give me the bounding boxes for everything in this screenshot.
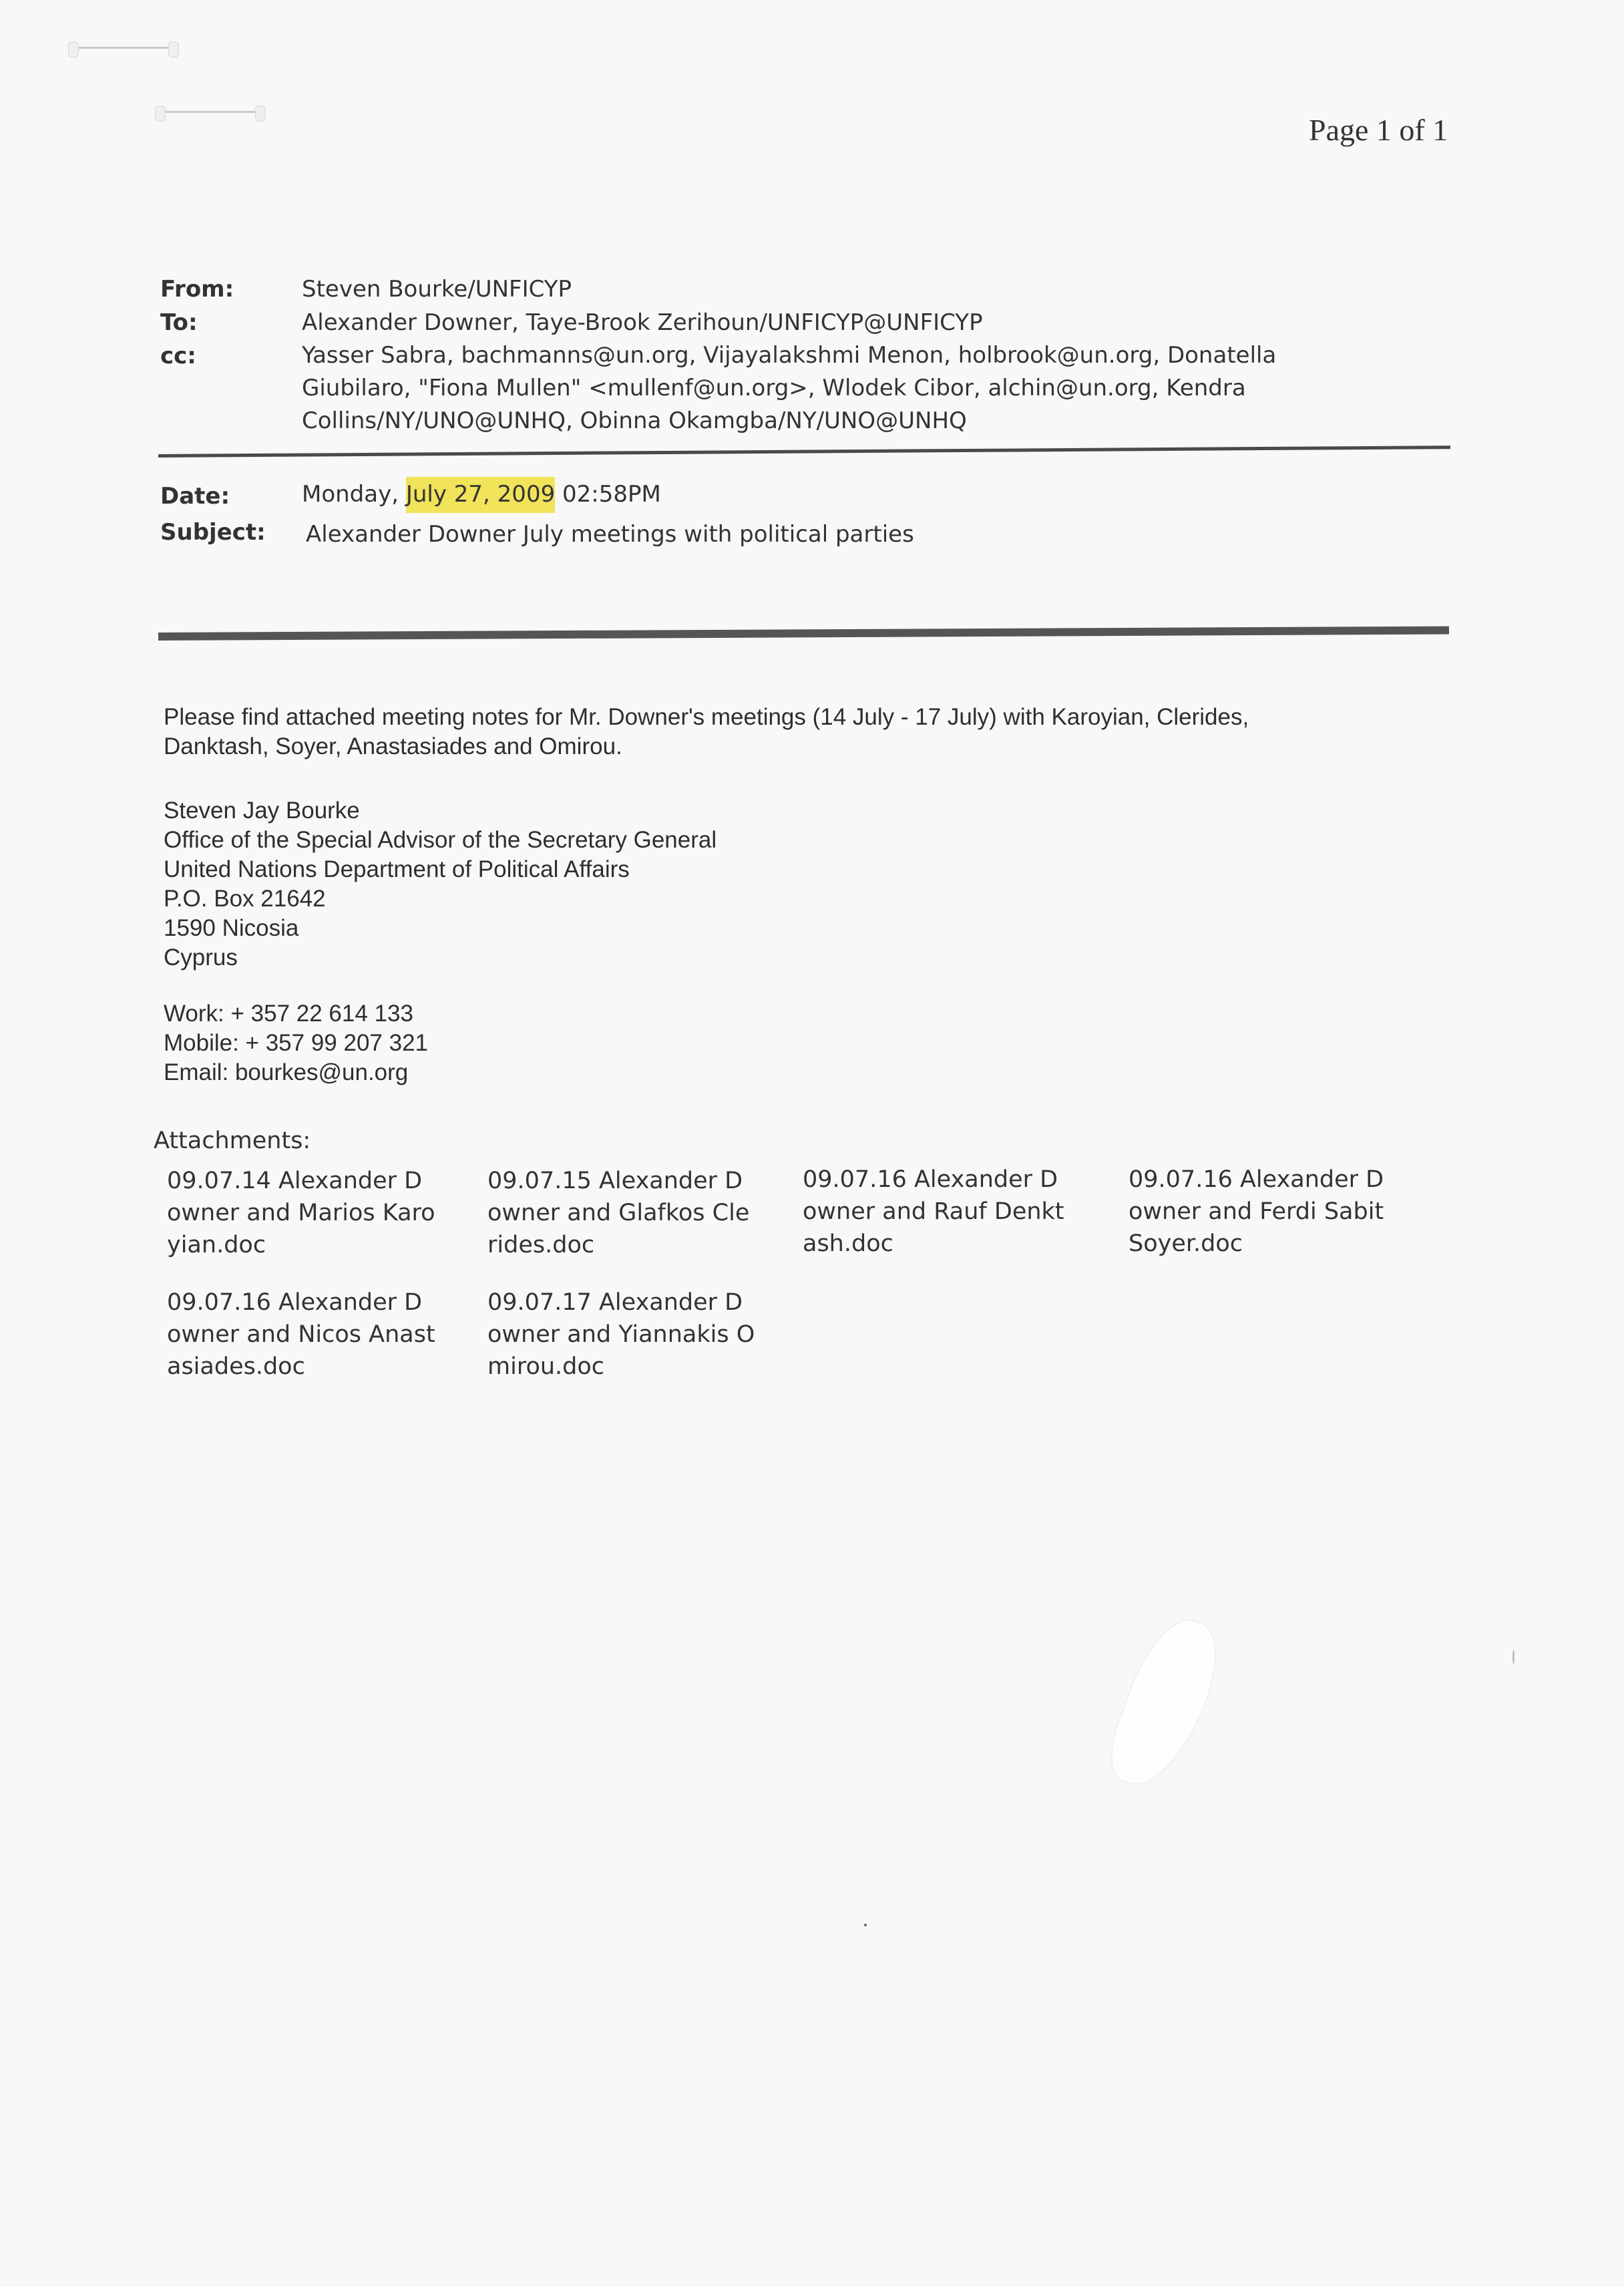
signature-country: Cyprus xyxy=(164,943,717,973)
attachment-file[interactable]: 09.07.14 Alexander D owner and Marios Ka… xyxy=(167,1165,481,1261)
subject-label: Subject: xyxy=(160,516,266,549)
cc-line: Collins/NY/UNO@UNHQ, Obinna Okamgba/NY/U… xyxy=(302,405,1464,437)
to-value: Alexander Downer, Taye-Brook Zerihoun/UN… xyxy=(302,306,983,339)
attachment-name-line: 09.07.16 Alexander D xyxy=(167,1286,481,1318)
attachment-name-line: owner and Yiannakis O xyxy=(487,1318,801,1351)
date-time-text: 02:58PM xyxy=(562,481,661,508)
cc-line: Giubilaro, "Fiona Mullen" <mullenf@un.or… xyxy=(302,372,1464,405)
attachment-name-line: 09.07.16 Alexander D xyxy=(1129,1164,1442,1196)
attachment-name-line: Soyer.doc xyxy=(1129,1228,1442,1260)
signature-name: Steven Jay Bourke xyxy=(164,796,717,826)
page-number: Page 1 of 1 xyxy=(1309,112,1448,148)
to-label: To: xyxy=(160,306,198,339)
attachment-file[interactable]: 09.07.16 Alexander D owner and Nicos Ana… xyxy=(167,1286,481,1383)
attachment-name-line: yian.doc xyxy=(167,1229,481,1261)
message-body: Please find attached meeting notes for M… xyxy=(164,703,1432,761)
from-label: From: xyxy=(160,273,234,306)
dust-speck xyxy=(1512,1650,1514,1664)
date-highlight: July 27, 2009 xyxy=(406,477,555,513)
attachment-name-line: 09.07.15 Alexander D xyxy=(487,1165,801,1197)
contact-block: Work: + 357 22 614 133 Mobile: + 357 99 … xyxy=(164,999,428,1087)
attachment-name-line: owner and Nicos Anast xyxy=(167,1318,481,1351)
attachment-name-line: asiades.doc xyxy=(167,1351,481,1383)
cc-value: Yasser Sabra, bachmanns@un.org, Vijayala… xyxy=(302,339,1464,437)
signature-department: United Nations Department of Political A… xyxy=(164,855,717,884)
signature-po-box: P.O. Box 21642 xyxy=(164,884,717,914)
signature-city: 1590 Nicosia xyxy=(164,914,717,943)
attachment-name-line: ash.doc xyxy=(803,1228,1116,1260)
cc-line: Yasser Sabra, bachmanns@un.org, Vijayala… xyxy=(302,339,1464,372)
attachment-file[interactable]: 09.07.17 Alexander D owner and Yiannakis… xyxy=(487,1286,801,1383)
attachment-name-line: owner and Marios Karo xyxy=(167,1197,481,1229)
dust-speck xyxy=(864,1924,867,1926)
attachment-file[interactable]: 09.07.16 Alexander D owner and Ferdi Sab… xyxy=(1129,1164,1442,1260)
attachment-name-line: owner and Glafkos Cle xyxy=(487,1197,801,1229)
date-weekday: Monday, xyxy=(302,481,406,508)
attachment-file[interactable]: 09.07.16 Alexander D owner and Rauf Denk… xyxy=(803,1164,1116,1260)
date-value: Monday, July 27, 2009 02:58PM xyxy=(302,478,661,511)
from-value: Steven Bourke/UNFICYP xyxy=(302,273,572,306)
attachment-name-line: 09.07.17 Alexander D xyxy=(487,1286,801,1318)
scanned-email-page: Page 1 of 1 From: Steven Bourke/UNFICYP … xyxy=(0,0,1624,2287)
staple-mark xyxy=(160,111,260,113)
attachment-name-line: 09.07.14 Alexander D xyxy=(167,1165,481,1197)
date-time xyxy=(555,481,562,508)
date-label: Date: xyxy=(160,480,230,513)
attachments-label: Attachments: xyxy=(154,1127,311,1154)
signature-block: Steven Jay Bourke Office of the Special … xyxy=(164,796,717,973)
attachment-name-line: owner and Ferdi Sabit xyxy=(1129,1196,1442,1228)
attachment-name-line: mirou.doc xyxy=(487,1351,801,1383)
attachment-name-line: rides.doc xyxy=(487,1229,801,1261)
body-divider xyxy=(158,627,1449,641)
signature-office: Office of the Special Advisor of the Sec… xyxy=(164,826,717,855)
paper-scuff xyxy=(1101,1609,1229,1797)
staple-mark xyxy=(73,47,174,49)
attachment-name-line: owner and Rauf Denkt xyxy=(803,1196,1116,1228)
body-line: Please find attached meeting notes for M… xyxy=(164,703,1432,732)
header-divider xyxy=(158,446,1450,458)
body-line: Danktash, Soyer, Anastasiades and Omirou… xyxy=(164,732,1432,761)
attachment-name-line: 09.07.16 Alexander D xyxy=(803,1164,1116,1196)
cc-label: cc: xyxy=(160,339,196,373)
email-address: Email: bourkes@un.org xyxy=(164,1058,428,1087)
attachment-file[interactable]: 09.07.15 Alexander D owner and Glafkos C… xyxy=(487,1165,801,1261)
mobile-phone: Mobile: + 357 99 207 321 xyxy=(164,1029,428,1058)
work-phone: Work: + 357 22 614 133 xyxy=(164,999,428,1029)
subject-value: Alexander Downer July meetings with poli… xyxy=(306,518,914,551)
